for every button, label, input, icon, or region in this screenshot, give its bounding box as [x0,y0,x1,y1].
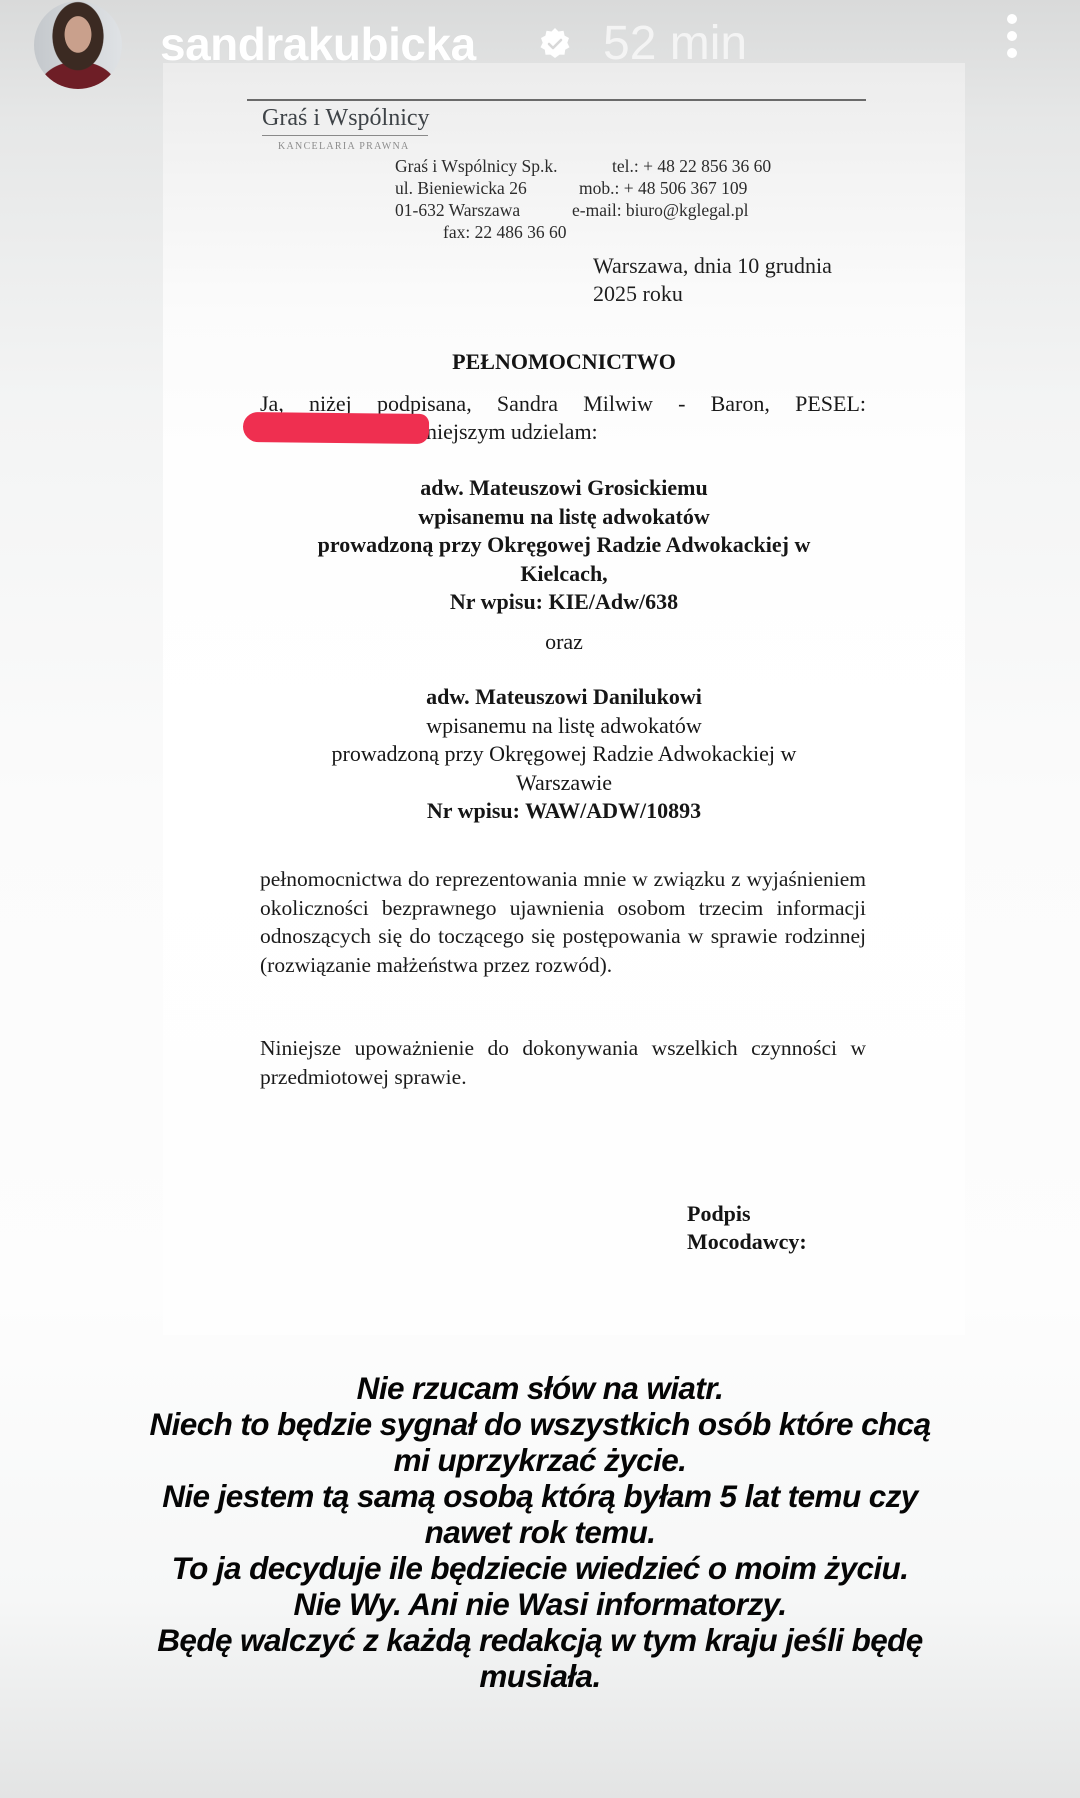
caption-line: nawet rok temu. [40,1514,1040,1550]
signature-line: Mocodawcy: [687,1228,807,1256]
attorney-reg: Nr wpisu: KIE/Adw/638 [163,588,965,617]
verified-badge-icon [538,27,572,61]
attorney-name: adw. Mateuszowi Grosickiemu [163,474,965,503]
profile-avatar[interactable] [34,1,122,89]
conjunction: oraz [163,628,965,657]
contact-line-tel: tel.: + 48 22 856 36 60 [612,155,771,177]
caption-line: Niech to będzie sygnał do wszystkich osó… [40,1406,1040,1442]
logo-underline [262,135,428,136]
attorney-1: adw. Mateuszowi Grosickiemu wpisanemu na… [163,474,965,617]
attorney-line: Warszawie [163,769,965,798]
signature-line: Podpis [687,1200,807,1228]
contact-line-fax: fax: 22 486 36 60 [443,221,566,243]
caption-line: musiała. [40,1658,1040,1694]
caption-line: Nie rzucam słów na wiatr. [40,1370,1040,1406]
attorney-line: prowadzoną przy Okręgowej Radzie Adwokac… [163,531,965,560]
attorney-reg: Nr wpisu: WAW/ADW/10893 [163,797,965,826]
contact-line-email: e-mail: biuro@kglegal.pl [572,199,749,221]
address-block: Graś i Wspólnicy Sp.k. ul. Bieniewicka 2… [395,155,558,221]
attorney-line: wpisanemu na listę adwokatów [163,712,965,741]
caption-line: To ja decyduje ile będziecie wiedzieć o … [40,1550,1040,1586]
firm-logo-subtitle: KANCELARIA PRAWNA [278,141,410,153]
date-line: 2025 roku [593,280,832,308]
caption-line: Nie Wy. Ani nie Wasi informatorzy. [40,1586,1040,1622]
address-line: ul. Bieniewicka 26 [395,177,558,199]
attorney-name: adw. Mateuszowi Danilukowi [163,683,965,712]
story-caption: Nie rzucam słów na wiatr. Niech to będzi… [40,1370,1040,1694]
contact-line-mob: mob.: + 48 506 367 109 [579,177,747,199]
caption-line: Będę walczyć z każdą redakcją w tym kraj… [40,1622,1040,1658]
letterhead-rule [247,99,866,101]
paragraph-scope: pełnomocnictwa do reprezentowania mnie w… [260,865,866,979]
attorney-line: prowadzoną przy Okręgowej Radzie Adwokac… [163,740,965,769]
attorney-line: Kielcach, [163,560,965,589]
attorney-2: adw. Mateuszowi Danilukowi wpisanemu na … [163,683,965,826]
signature-label: Podpis Mocodawcy: [687,1200,807,1256]
caption-line: Nie jestem tą samą osobą którą byłam 5 l… [40,1478,1040,1514]
document-date: Warszawa, dnia 10 grudnia 2025 roku [593,252,832,308]
firm-logo-name: Graś i Wspólnicy [262,104,430,132]
address-line: Graś i Wspólnicy Sp.k. [395,155,558,177]
more-vertical-icon[interactable] [1000,14,1024,70]
attorney-line: wpisanemu na listę adwokatów [163,503,965,532]
date-line: Warszawa, dnia 10 grudnia [593,252,832,280]
paragraph-authorization: Niniejsze upoważnienie do dokonywania ws… [260,1034,866,1091]
address-line: 01-632 Warszawa [395,199,558,221]
redaction-mark [243,412,429,444]
caption-line: mi uprzykrzać życie. [40,1442,1040,1478]
document-title: PEŁNOMOCNICTWO [163,348,965,376]
